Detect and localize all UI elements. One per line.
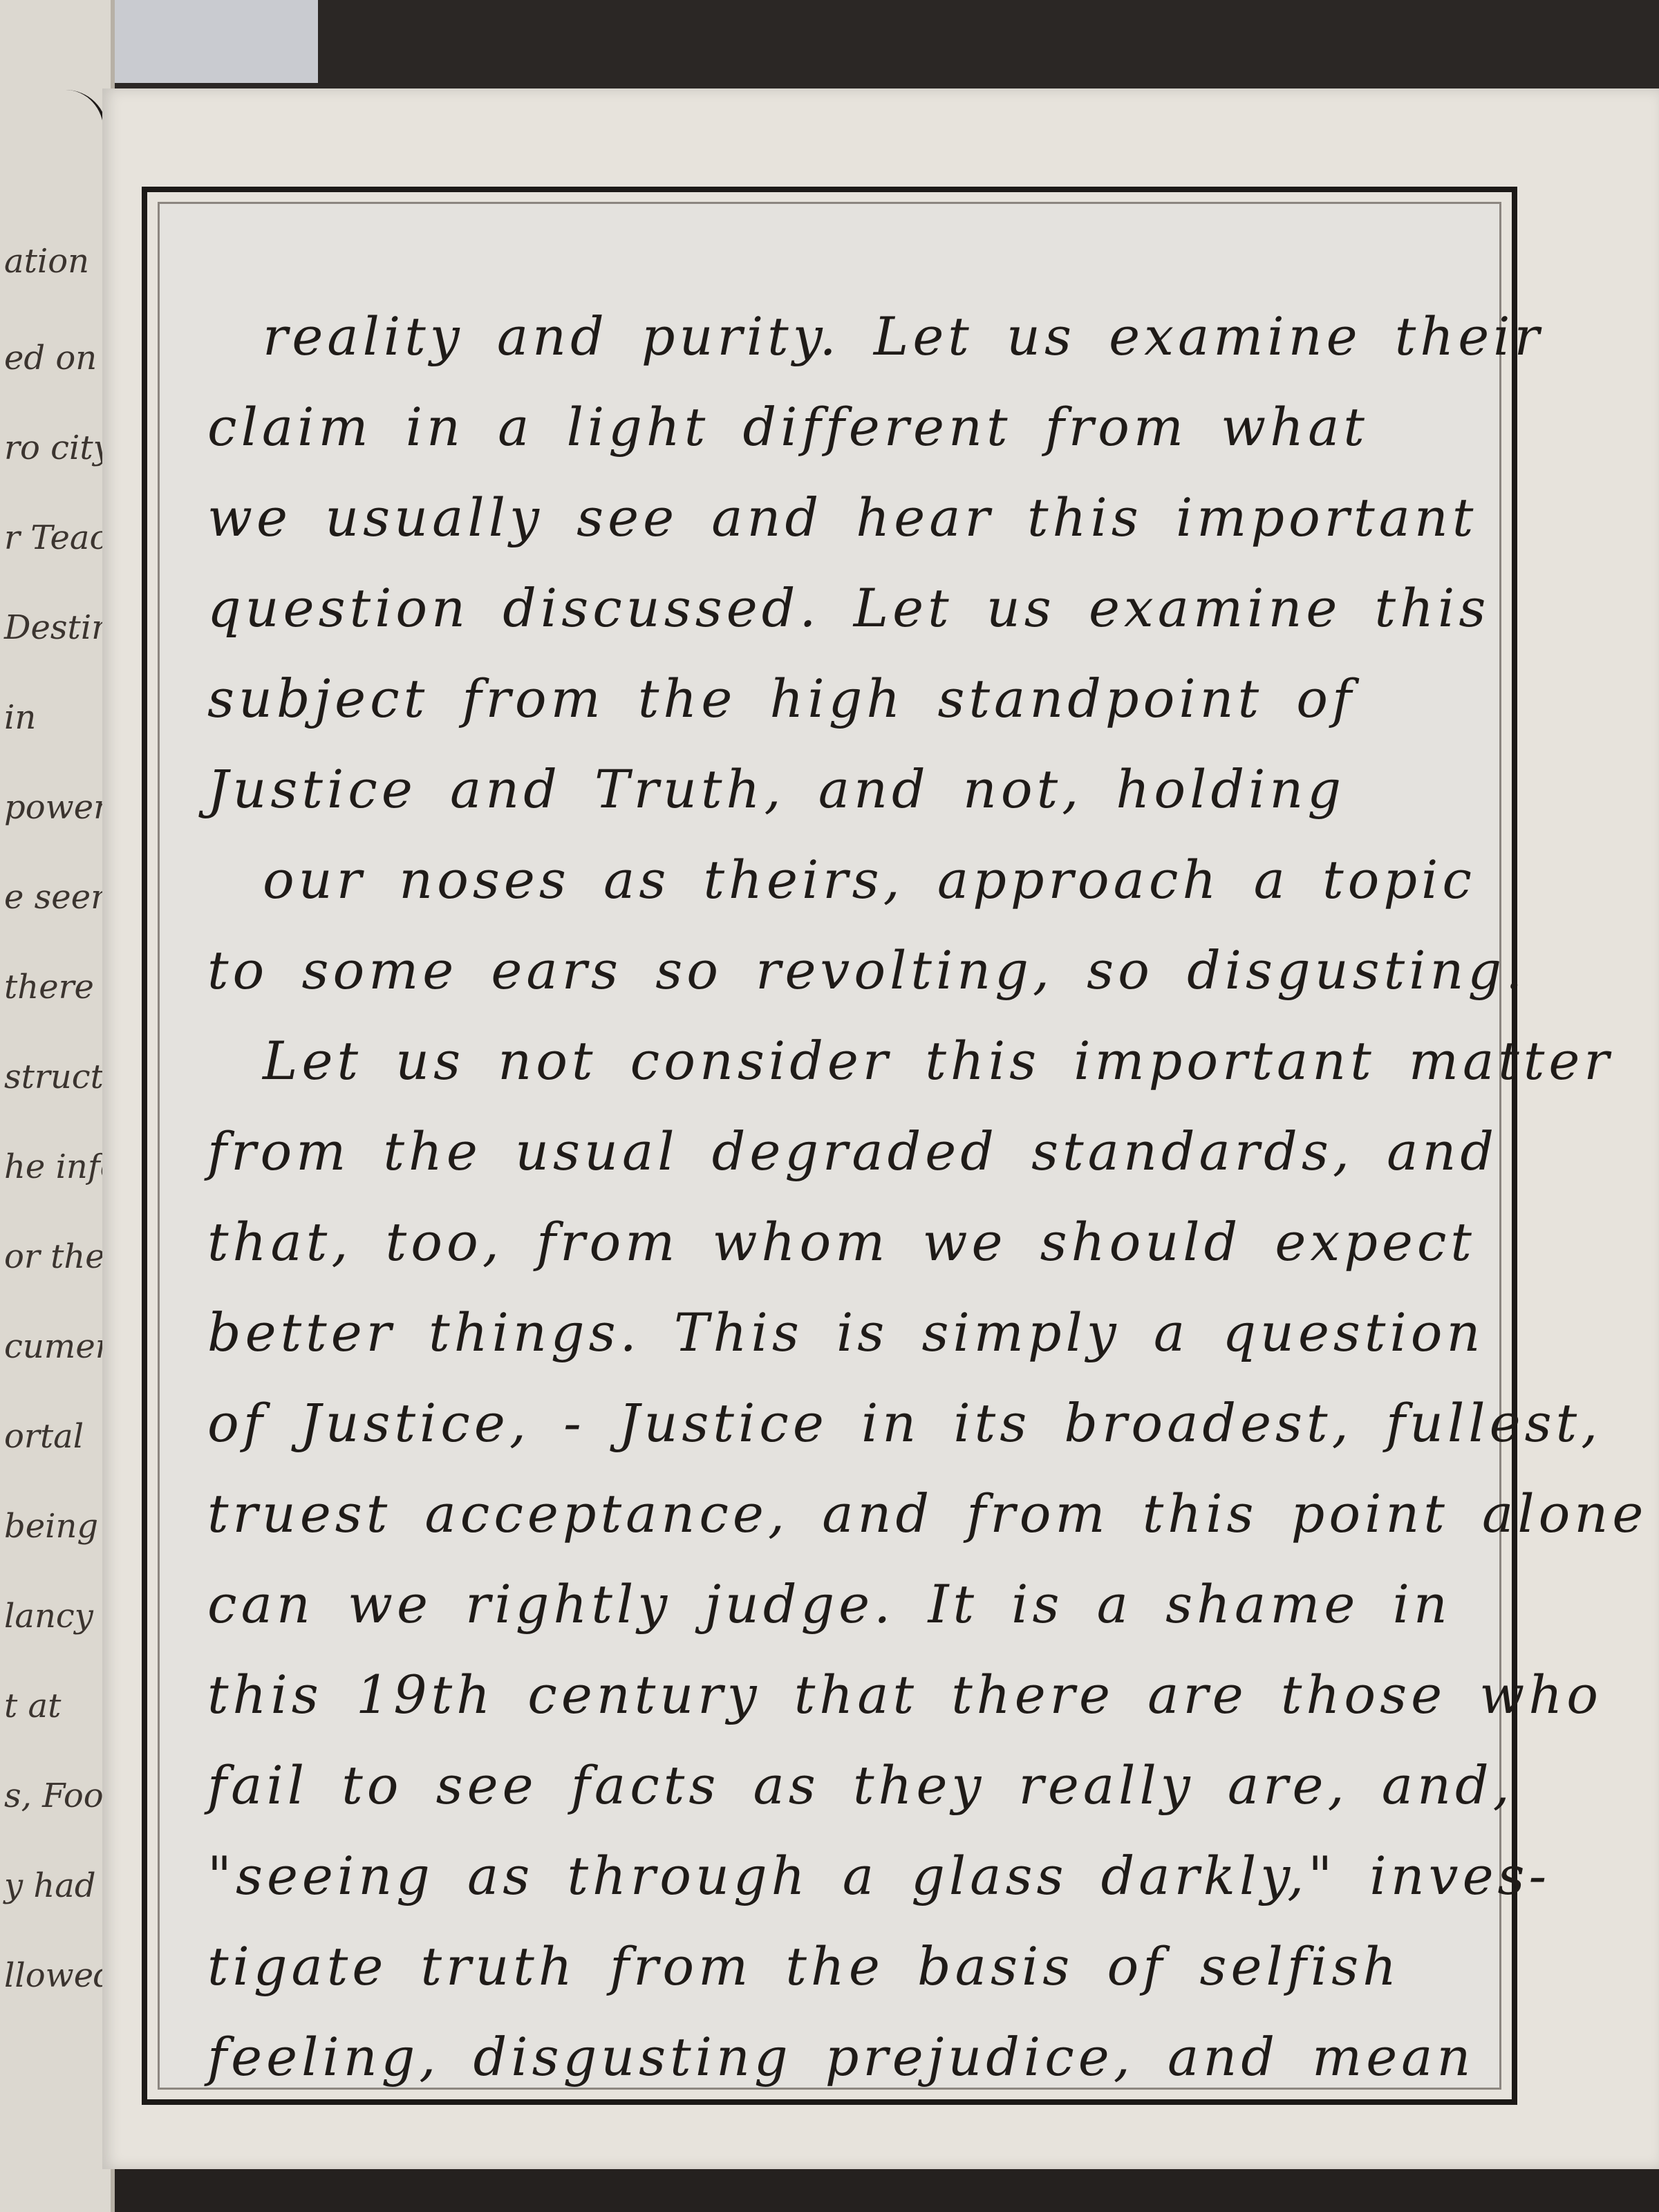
text-line: of Justice, - Justice in its broadest, f… <box>207 1363 1493 1454</box>
text-line: better things. This is simply a question <box>207 1273 1493 1363</box>
left-fragment: lancy <box>4 1597 93 1635</box>
left-fragment: e seen <box>4 878 112 917</box>
left-fragment: power <box>4 788 109 827</box>
text-line: "seeing as through a glass darkly," inve… <box>207 1816 1493 1906</box>
left-fragment: or the <box>4 1237 105 1276</box>
text-line: Let us not consider this important matte… <box>207 1001 1493 1091</box>
text-line: can we rightly judge. It is a shame in <box>207 1544 1493 1635</box>
left-fragment: in <box>4 698 36 737</box>
left-page-edge: ation ed on ro city r Teach Destiny in p… <box>0 0 115 2212</box>
left-fragment: llowed <box>4 1956 115 1995</box>
text-line: subject from the high standpoint of <box>207 639 1493 729</box>
handwritten-text-block: reality and purity. Let us examine their… <box>207 276 1493 2088</box>
left-fragment: t at <box>4 1687 61 1725</box>
left-fragment: ro city <box>4 429 112 467</box>
text-line: from the usual degraded standards, and <box>207 1091 1493 1182</box>
text-line: tigate truth from the basis of selfish <box>207 1906 1493 1997</box>
page-tab-paper <box>90 0 318 83</box>
left-page-border-rule <box>0 90 107 2164</box>
text-line: that, too, from whom we should expect <box>207 1182 1493 1273</box>
text-line: reality and purity. Let us examine their <box>207 276 1493 367</box>
text-line: Justice and Truth, and not, holding <box>207 729 1493 820</box>
left-fragment: ation <box>4 242 89 281</box>
left-fragment: being <box>4 1507 98 1546</box>
left-fragment: ed on <box>4 339 97 377</box>
text-line: this 19th century that there are those w… <box>207 1635 1493 1725</box>
left-fragment: y had <box>4 1866 96 1905</box>
left-fragment: ortal <box>4 1417 84 1456</box>
text-line: our noses as theirs, approach a topic <box>207 820 1493 910</box>
text-line: fail to see facts as they really are, an… <box>207 1725 1493 1816</box>
text-line: we usually see and hear this important <box>207 458 1493 548</box>
text-line: to some ears so revolting, so disgusting… <box>207 910 1493 1001</box>
text-line: feeling, disgusting prejudice, and mean <box>207 1997 1493 2088</box>
text-line: question discussed. Let us examine this <box>207 548 1493 639</box>
left-fragment: there <box>4 968 94 1006</box>
text-line: truest acceptance, and from this point a… <box>207 1454 1493 1544</box>
text-line: claim in a light different from what <box>207 367 1493 458</box>
